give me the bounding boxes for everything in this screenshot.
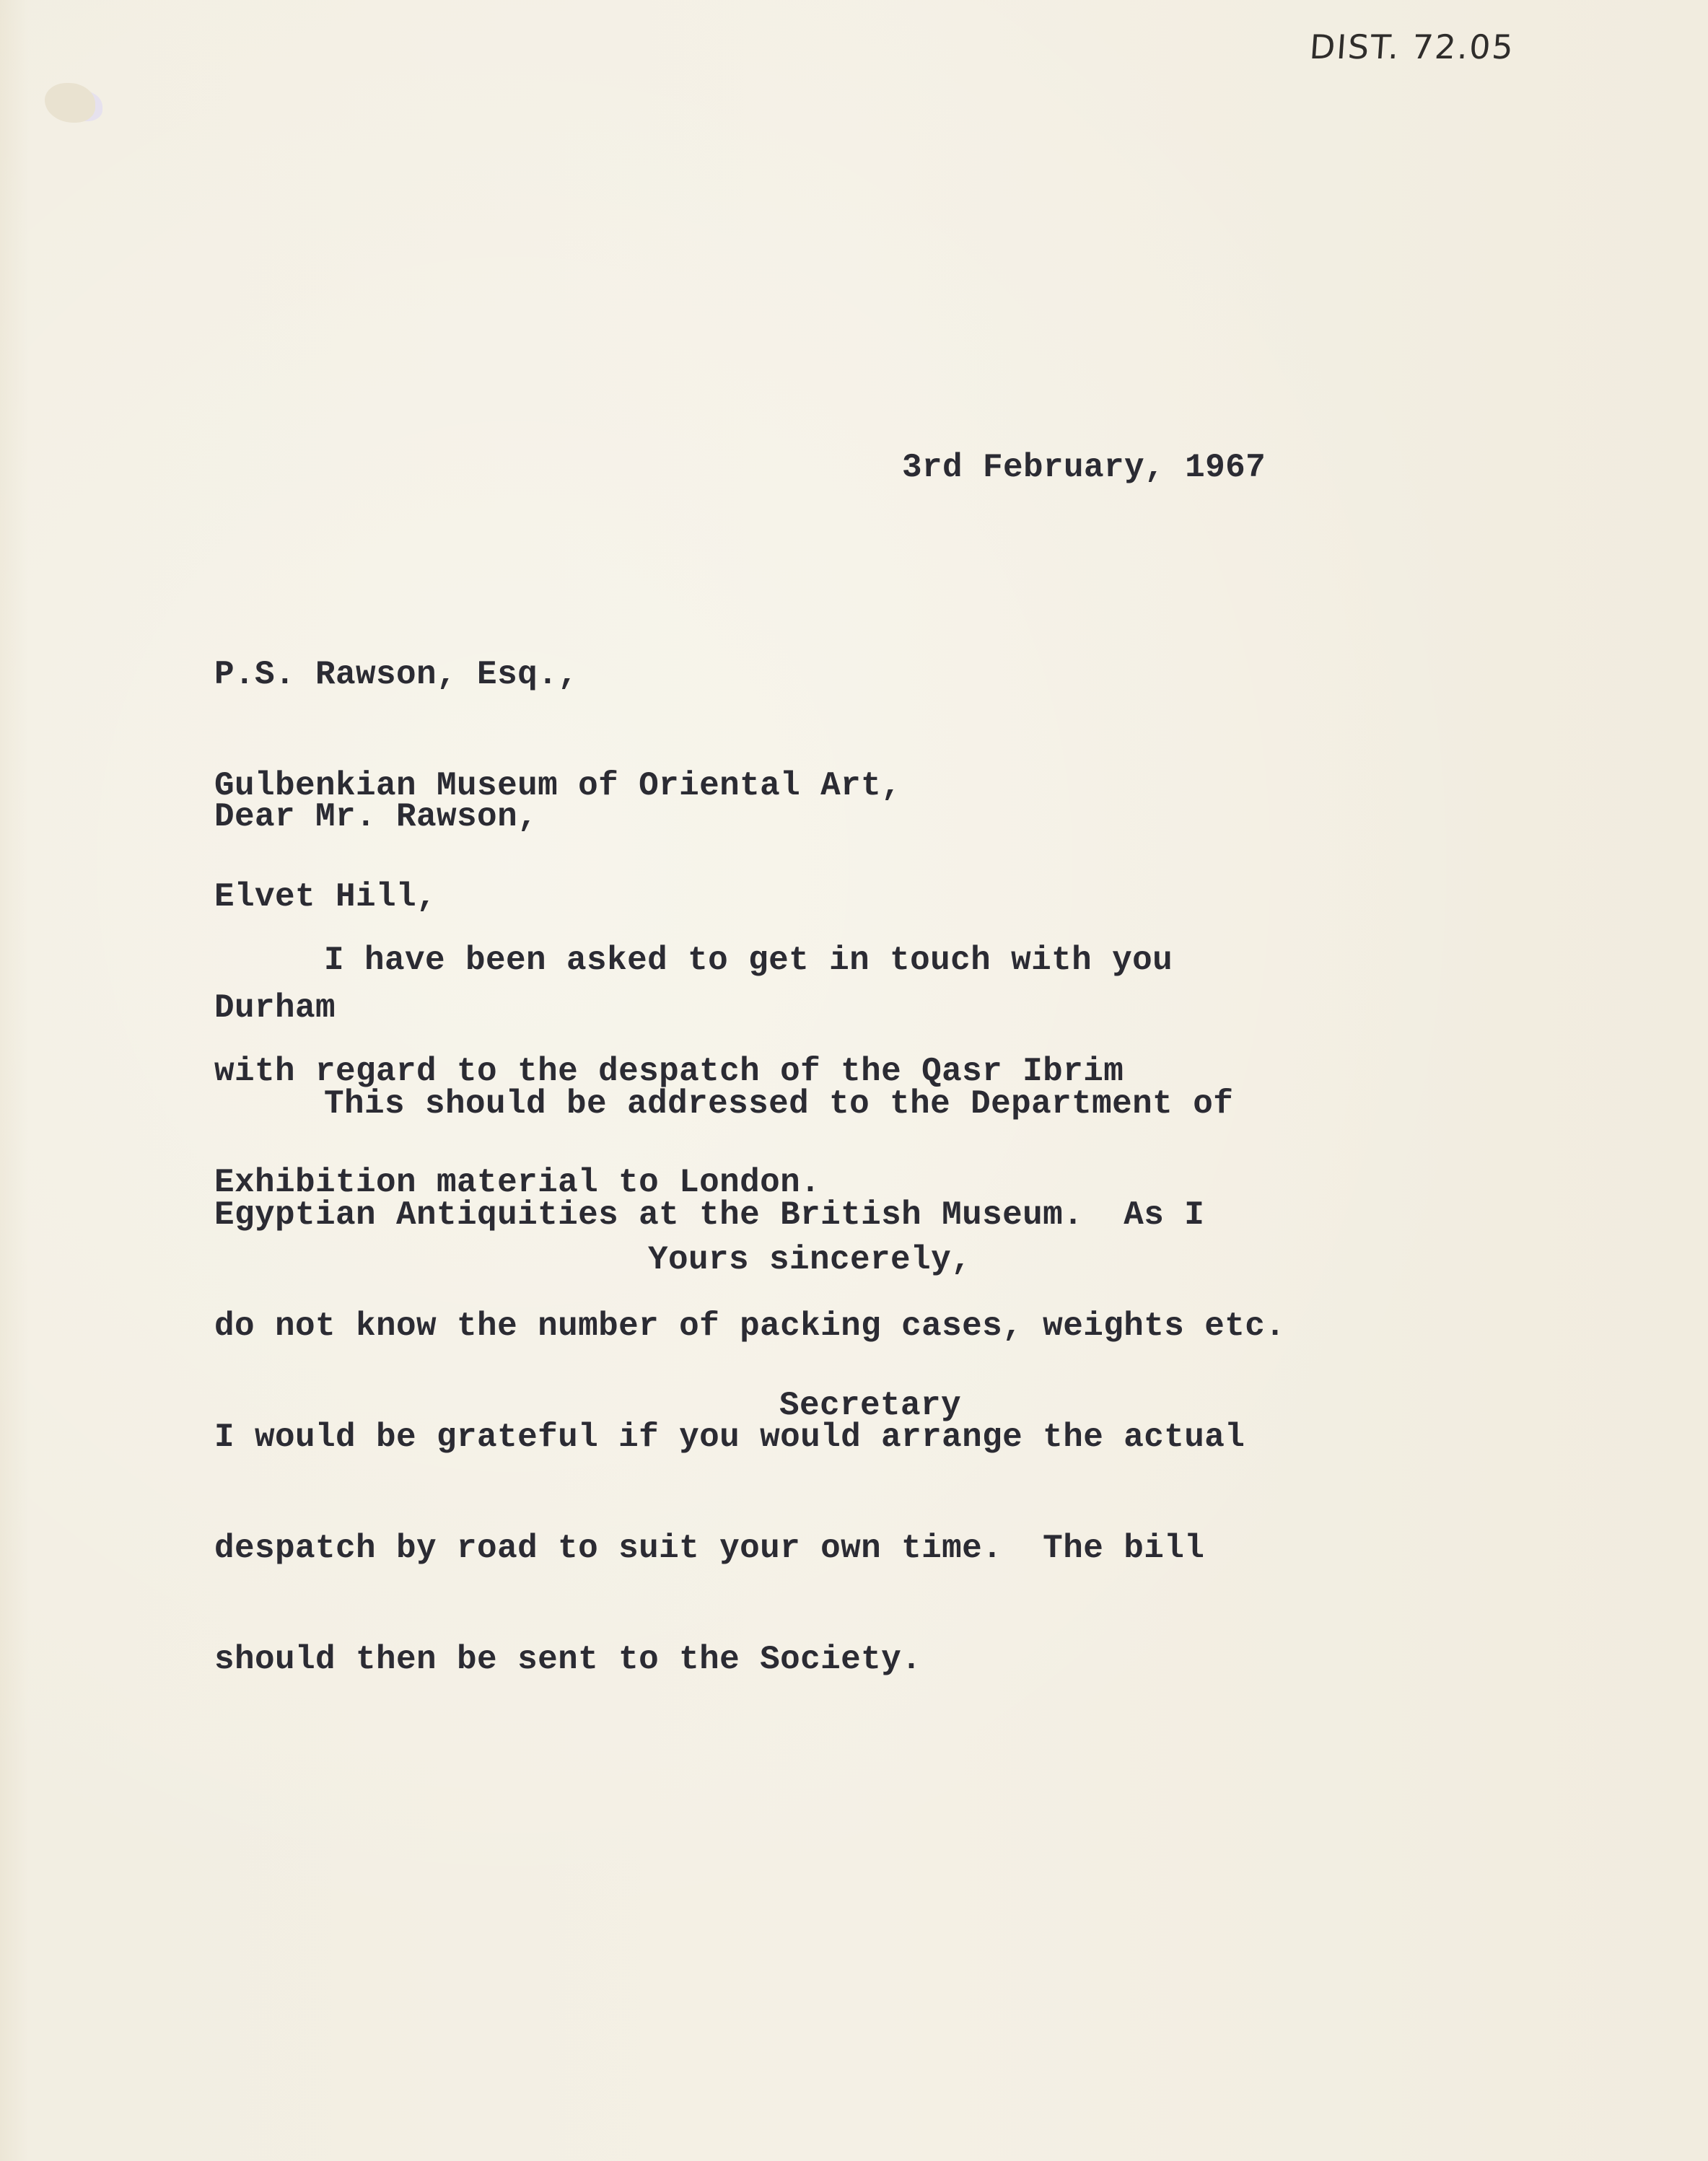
paragraph-line: do not know the number of packing cases,… xyxy=(214,1307,1285,1343)
paragraph-line: should then be sent to the Society. xyxy=(214,1641,1285,1677)
paragraph-line: I have been asked to get in touch with y… xyxy=(214,942,1173,978)
complimentary-close: Yours sincerely, xyxy=(648,1241,971,1279)
paragraph-line: I would be grateful if you would arrange… xyxy=(214,1419,1285,1455)
address-line-name: P.S. Rawson, Esq., xyxy=(214,656,901,692)
letter-date: 3rd February, 1967 xyxy=(902,449,1266,486)
salutation: Dear Mr. Rawson, xyxy=(214,798,538,836)
signatory-title: Secretary xyxy=(779,1387,961,1424)
paragraph-line: despatch by road to suit your own time. … xyxy=(214,1530,1285,1566)
body-paragraph-2: This should be addressed to the Departme… xyxy=(214,1010,1285,1714)
handwritten-reference-number: DIST. 72.05 xyxy=(1308,27,1516,66)
paragraph-line: This should be addressed to the Departme… xyxy=(214,1085,1285,1121)
paragraph-line: Egyptian Antiquities at the British Muse… xyxy=(214,1196,1285,1232)
